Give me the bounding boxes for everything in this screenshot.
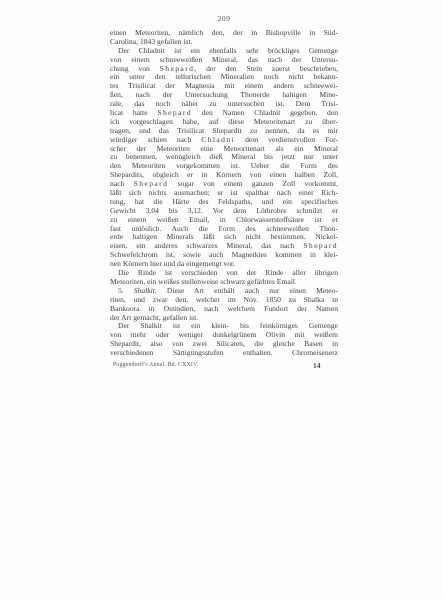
- text-segment: nen Körnern hier und da eingemengt vor.: [110, 259, 235, 268]
- text-segment: Shepardits, obgleich er in Körnern von e…: [110, 170, 338, 179]
- text-segment: scher der Meteoriten eine Meteoritenart …: [110, 144, 338, 153]
- text-segment: zu benennen, wenngleich dieß Mineral bis…: [110, 152, 338, 161]
- text-segment: von mehr oder weniger dunkelgrünem Olivi…: [110, 330, 338, 339]
- text-segment: erde haltigen Minerals läßt sich nicht b…: [110, 232, 338, 241]
- emphasized-name: Shalkit.: [134, 286, 157, 295]
- text-segment: den Meteoriten vorgekommen ist. Ueber di…: [110, 161, 338, 170]
- text-segment: Meteoriten, ein weißes stellenweise schw…: [110, 277, 297, 286]
- text-segment: Der Shalkit ist ein klein- bis feinkörni…: [118, 321, 338, 330]
- text-segment: verschiedenen Sättigungsstufen enthalten…: [110, 348, 338, 357]
- text-segment: , der den Stein zuerst beschrieben,: [194, 64, 338, 73]
- text-segment: Carolina, 1843 gefallen ist.: [110, 37, 192, 46]
- emphasized-name: Shepard: [303, 241, 338, 250]
- text-segment: chung von: [110, 64, 160, 73]
- text-segment: Gewicht 3,04 bis 3,12. Vor dem Löthrohre…: [110, 206, 338, 215]
- text-segment: tes Trisilicat der Magnesia mit einem an…: [110, 81, 338, 90]
- emphasized-name: Chladni: [201, 135, 235, 144]
- text-segment: ßen, nach der Untersuchung Thonerde halt…: [110, 90, 338, 99]
- text-segment: zu einem weißen Email, in Chlorwassersto…: [110, 215, 338, 224]
- text-segment: Der Chladnit ist ein ebenfalls sehr bröc…: [118, 46, 338, 55]
- emphasized-name: Shepard: [157, 108, 192, 117]
- text-segment: von einem schneeweißen Mineral, das nach…: [110, 55, 338, 64]
- text-segment: Bankoora in Ostindien, nach welchem Fund…: [110, 304, 338, 313]
- text-segment: 5.: [118, 286, 134, 295]
- page-number: 209: [110, 14, 338, 23]
- text-segment: nach: [110, 179, 134, 188]
- text-segment: läßt sich nichts ausmachen; er ist spalt…: [110, 188, 338, 197]
- text-segment: Diese Art enthält auch nur einen Meteo-: [157, 286, 338, 295]
- emphasized-name: Shepard: [134, 179, 169, 188]
- text-line: verschiedenen Sättigungsstufen enthalten…: [110, 349, 338, 358]
- text-segment: tung, hat die Härte des Feldspaths, und …: [110, 197, 338, 206]
- text-segment: den Namen Chladnit gegeben, den: [192, 108, 338, 117]
- text-segment: licat hatte: [110, 108, 157, 117]
- scanned-book-page: 209 einen Meteoriten, nämlich den, der i…: [0, 0, 443, 599]
- text-segment: rale, das noch näher zu untersuchen ist.…: [110, 99, 338, 108]
- text-segment: Schwefelchrom ist, sowie auch Magnetkies…: [110, 250, 338, 259]
- text-segment: einen Meteoriten, nämlich den, der in Bi…: [110, 28, 338, 37]
- text-segment: der Art gemacht, gefallen ist.: [110, 313, 198, 322]
- journal-signature: Poggendorff's Annal. Bd. CXXIV.: [113, 362, 198, 368]
- text-segment: tragen, und das Trisilicat Shepardit zu …: [110, 126, 338, 135]
- body-text: einen Meteoriten, nämlich den, der in Bi…: [110, 29, 338, 358]
- text-segment: riten, und zwar den, welcher im Nov. 185…: [110, 295, 338, 304]
- text-segment: dem verdienstvollen For-: [235, 135, 338, 144]
- text-segment: sogar von einem ganzen Zoll vorkommt,: [168, 179, 338, 188]
- text-segment: fast unlöslich. Auch die Form des schnee…: [110, 224, 338, 233]
- page-footer: Poggendorff's Annal. Bd. CXXIV. 14: [110, 361, 338, 371]
- text-segment: Die Rinde ist verschieden von der Rinde …: [118, 268, 338, 277]
- text-segment: ein unter den tellurischen Mineralien no…: [110, 72, 338, 81]
- text-segment: Shepardit, also von zwei Silicaten, die …: [110, 339, 338, 348]
- sheet-number: 14: [313, 361, 321, 370]
- text-segment: würdiger schien nach: [110, 135, 201, 144]
- emphasized-name: Shepard: [160, 64, 195, 73]
- text-segment: eisen, ein anderes schwarzes Mineral, da…: [110, 241, 303, 250]
- text-segment: ich vorgeschlagen habe, auf diese Meteor…: [110, 117, 338, 126]
